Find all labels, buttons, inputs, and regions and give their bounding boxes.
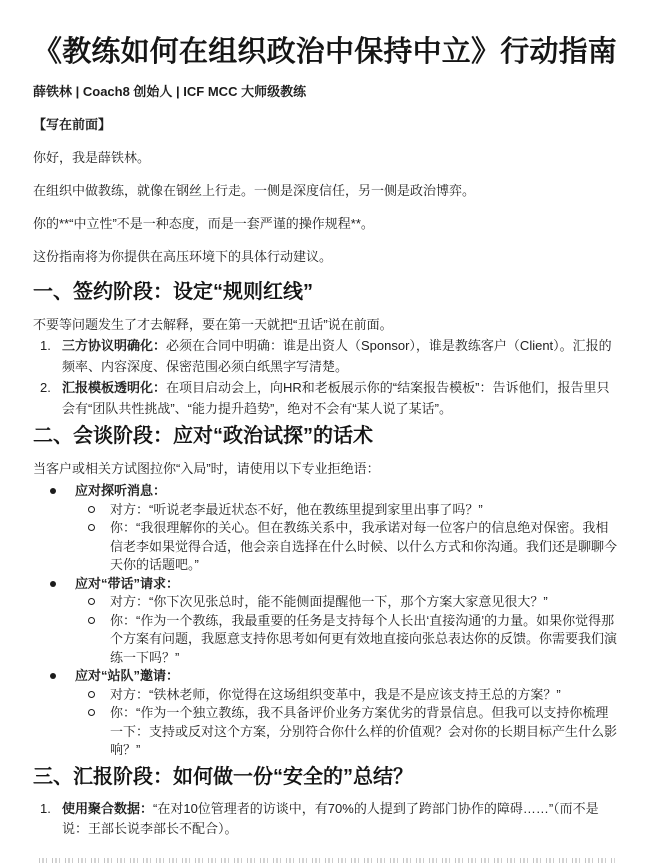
bullet-group-label: 应对探听消息：: [75, 483, 166, 498]
section-heading: 一、签约阶段：设定“规则红线”: [33, 279, 619, 306]
bullet-circle-icon: [88, 506, 95, 513]
bullet-group: 应对“站队”邀请：: [33, 667, 619, 686]
dialog-text: 你：“作为一个教练，我最重要的任务是支持每个人长出‘直接沟通’的力量。如果你觉得…: [110, 613, 617, 665]
dialog-text: 对方：“听说老李最近状态不好，他在教练里提到家里出事了吗？”: [110, 502, 483, 517]
bullet-group: 应对“带话”请求：: [33, 575, 619, 594]
intro-paragraph: 这份指南将为你提供在高压环境下的具体行动建议。: [33, 246, 619, 267]
bullet-circle-icon: [88, 524, 95, 531]
bullet-circle-icon: [88, 709, 95, 716]
numbered-list: 1.三方协议明确化：必须在合同中明确：谁是出资人（Sponsor），谁是教练客户…: [33, 335, 619, 419]
bullet-group: 应对探听消息：: [33, 482, 619, 501]
item-number: 1.: [40, 799, 51, 819]
numbered-item: 2.汇报模板透明化：在项目启动会上，向HR和老板展示你的“结案报告模板”：告诉他…: [33, 377, 619, 419]
item-number: 1.: [40, 335, 51, 356]
section-heading: 三、汇报阶段：如何做一份“安全的”总结？: [33, 764, 619, 791]
page-title: 《教练如何在组织政治中保持中立》行动指南: [33, 33, 619, 71]
dialog-item: 你：“作为一个教练，我最重要的任务是支持每个人长出‘直接沟通’的力量。如果你觉得…: [33, 612, 619, 668]
bullet-disc-icon: [50, 488, 56, 494]
bullet-circle-icon: [88, 617, 95, 624]
dialog-text: 对方：“铁林老师，你觉得在这场组织变革中，我是不是应该支持王总的方案？”: [110, 687, 561, 702]
intro-paragraph: 你好，我是薛铁林。: [33, 147, 619, 168]
dialog-item: 你：“我很理解你的关心。但在教练关系中，我承诺对每一位客户的信息绝对保密。我相信…: [33, 519, 619, 575]
numbered-list: 1.使用聚合数据：“在对10位管理者的访谈中，有70%的人提到了跨部门协作的障碍…: [33, 799, 619, 839]
item-label: 汇报模板透明化：: [62, 380, 166, 395]
bullet-group-label: 应对“站队”邀请：: [75, 668, 179, 683]
intro-paragraph: 在组织中做教练，就像在钢丝上行走。一侧是深度信任，另一侧是政治博弈。: [33, 180, 619, 201]
bullet-disc-icon: [50, 673, 56, 679]
document-page: 《教练如何在组织政治中保持中立》行动指南 薛铁林 | Coach8 创始人 | …: [0, 0, 652, 866]
dialog-text: 你：“我很理解你的关心。但在教练关系中，我承诺对每一位客户的信息绝对保密。我相信…: [110, 520, 617, 572]
intro-paragraph: 你的**“中立性”不是一种态度，而是一套严谨的操作规程**。: [33, 213, 619, 234]
section-lead: 当客户或相关方试图拉你“入局”时，请使用以下专业拒绝语：: [33, 458, 619, 479]
item-number: 2.: [40, 377, 51, 398]
dialog-item: 你：“作为一个独立教练，我不具备评价业务方案优劣的背景信息。但我可以支持你梳理一…: [33, 704, 619, 760]
preface-label: 【写在前面】: [33, 114, 619, 135]
dialog-item: 对方：“铁林老师，你觉得在这场组织变革中，我是不是应该支持王总的方案？”: [33, 686, 619, 705]
byline: 薛铁林 | Coach8 创始人 | ICF MCC 大师级教练: [33, 81, 619, 102]
clipped-text-line: [39, 858, 615, 863]
bullet-group-label: 应对“带话”请求：: [75, 576, 179, 591]
item-label: 使用聚合数据：: [62, 801, 153, 816]
dialog-text: 对方：“你下次见张总时，能不能侧面提醒他一下，那个方案大家意见很大？”: [110, 594, 548, 609]
bullet-disc-icon: [50, 581, 56, 587]
bullet-list: 应对探听消息： 对方：“听说老李最近状态不好，他在教练里提到家里出事了吗？” 你…: [33, 482, 619, 760]
dialog-item: 对方：“听说老李最近状态不好，他在教练里提到家里出事了吗？”: [33, 501, 619, 520]
bullet-circle-icon: [88, 691, 95, 698]
dialog-item: 对方：“你下次见张总时，能不能侧面提醒他一下，那个方案大家意见很大？”: [33, 593, 619, 612]
numbered-item: 1.使用聚合数据：“在对10位管理者的访谈中，有70%的人提到了跨部门协作的障碍…: [33, 799, 619, 839]
item-label: 三方协议明确化：: [62, 338, 166, 353]
section-heading: 二、会谈阶段：应对“政治试探”的话术: [33, 423, 619, 450]
bullet-circle-icon: [88, 598, 95, 605]
numbered-item: 1.三方协议明确化：必须在合同中明确：谁是出资人（Sponsor），谁是教练客户…: [33, 335, 619, 377]
dialog-text: 你：“作为一个独立教练，我不具备评价业务方案优劣的背景信息。但我可以支持你梳理一…: [110, 705, 617, 757]
section-lead: 不要等问题发生了才去解释，要在第一天就把“丑话”说在前面。: [33, 314, 619, 335]
